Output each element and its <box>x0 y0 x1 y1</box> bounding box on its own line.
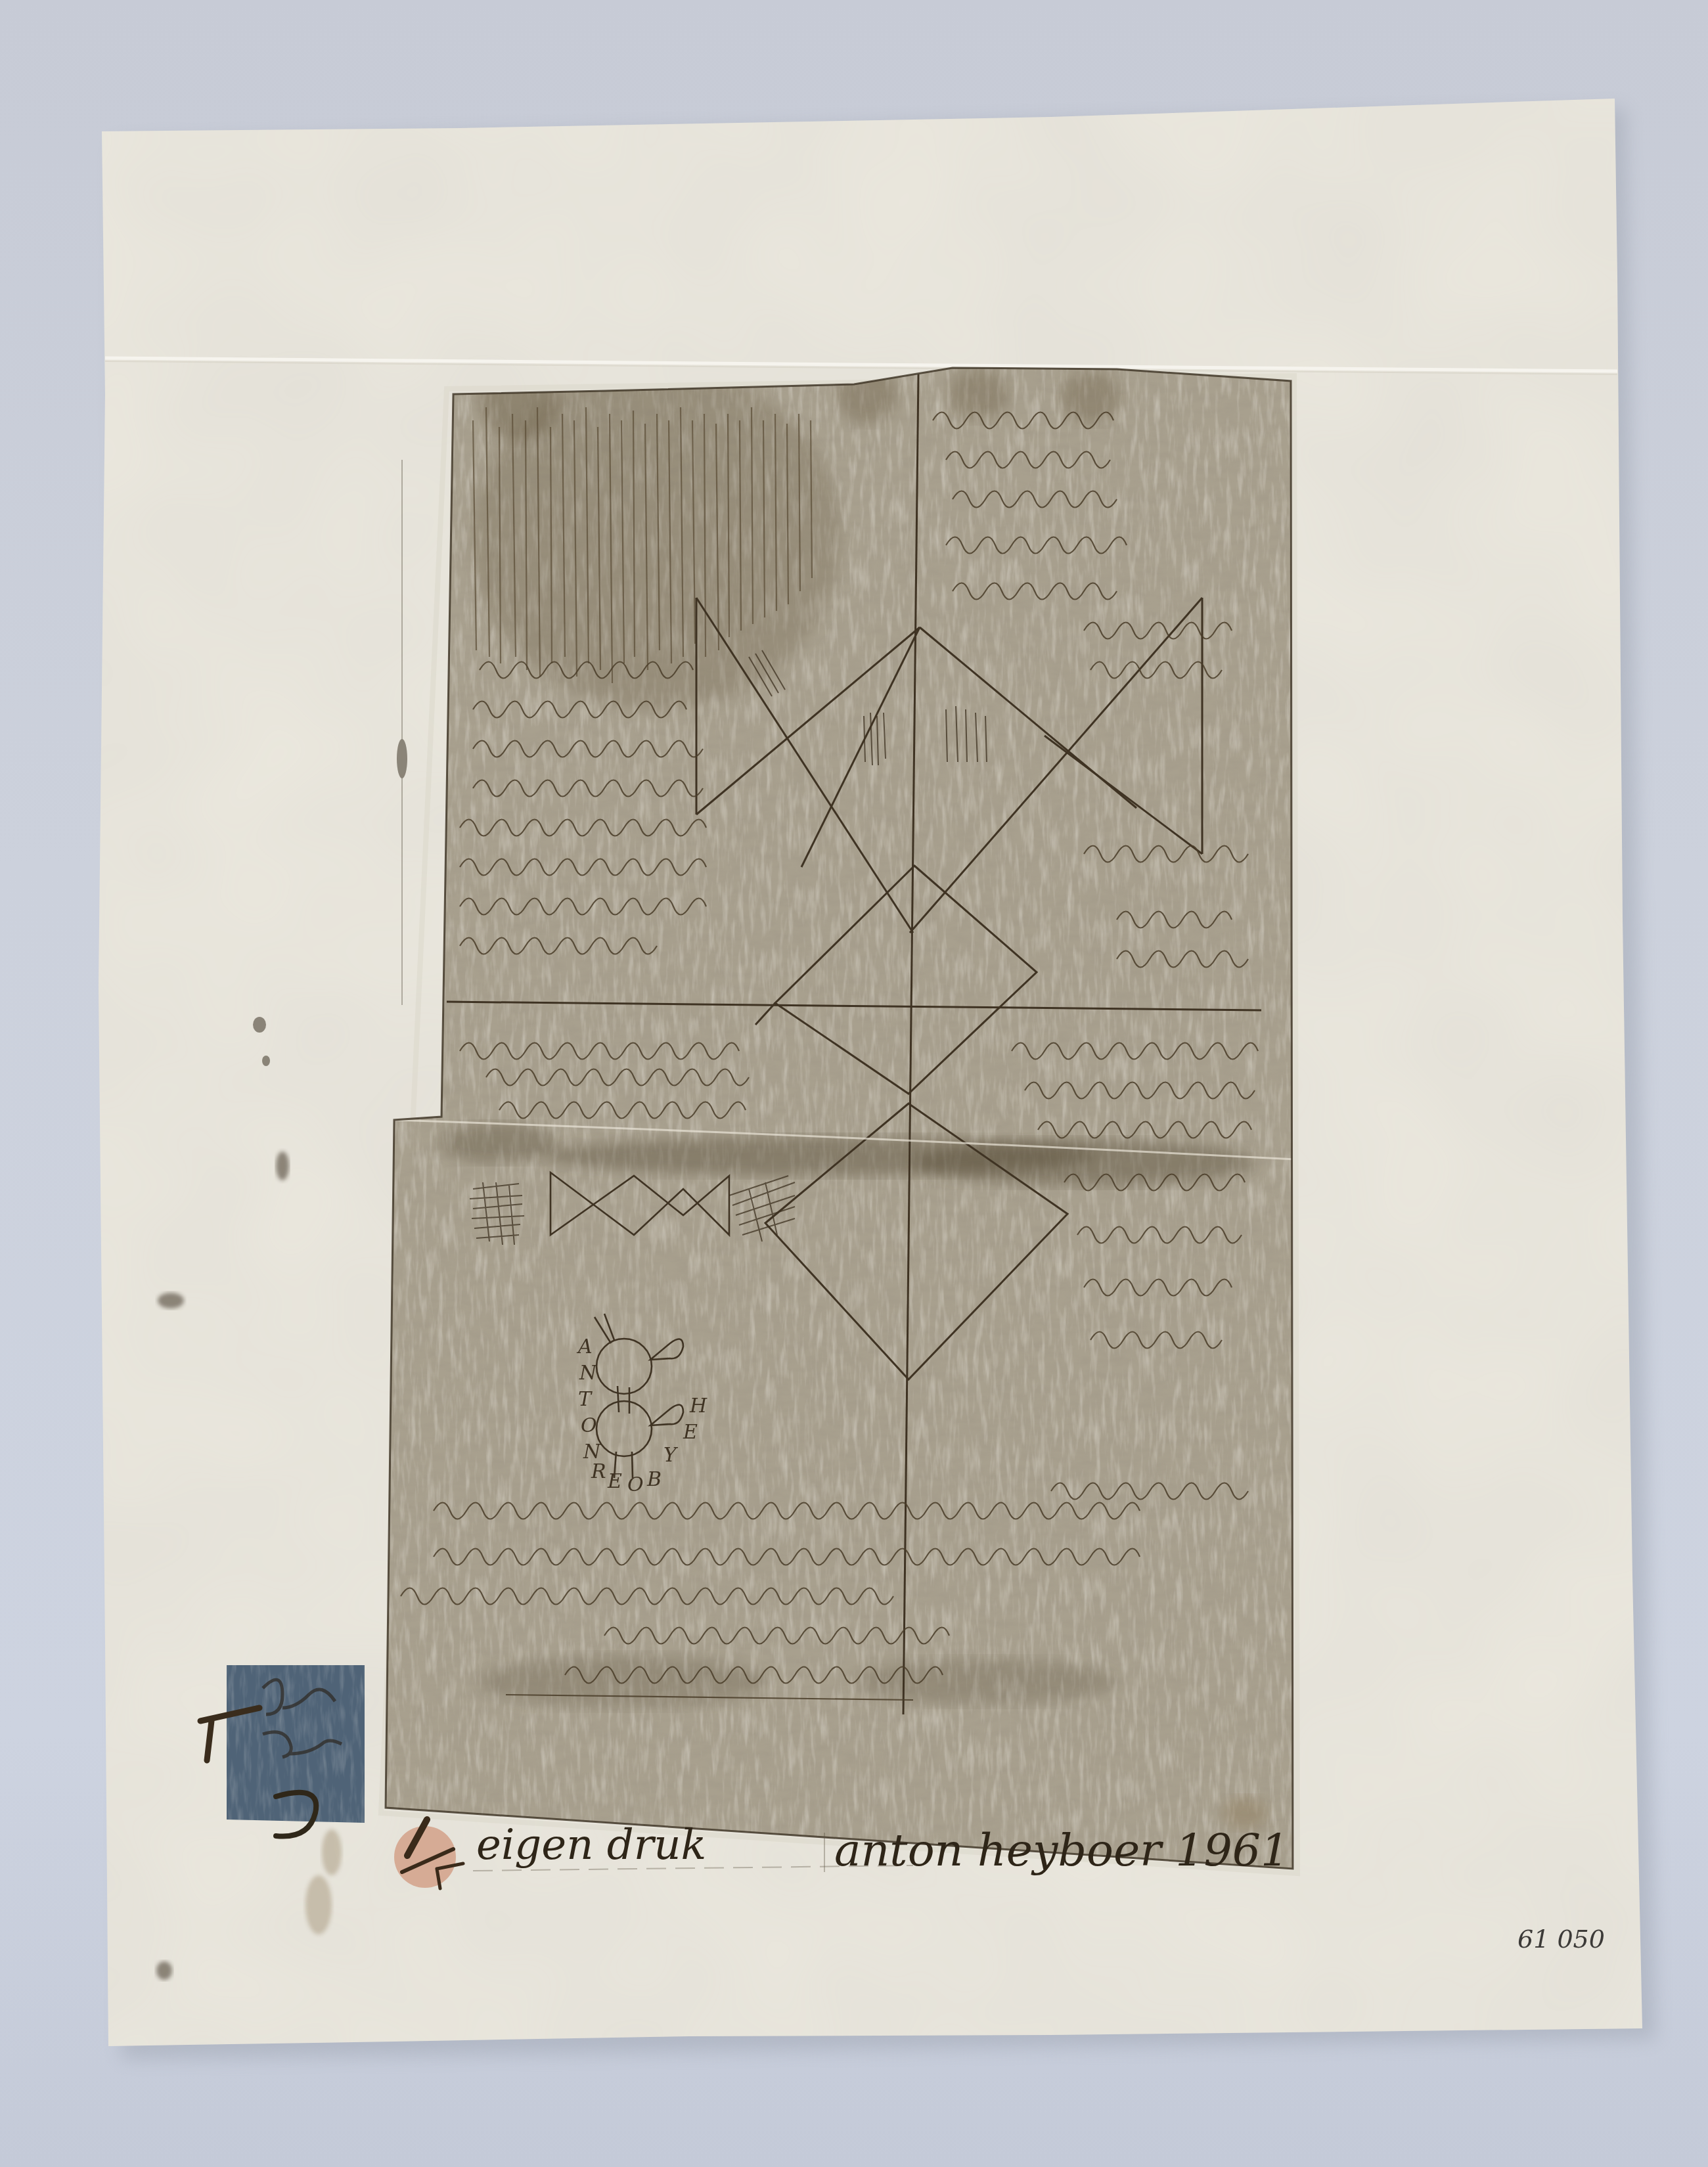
svg-text:T: T <box>578 1388 593 1411</box>
svg-text:H: H <box>689 1395 708 1418</box>
svg-text:O: O <box>627 1473 644 1496</box>
inscriptions: eigen druk anton heyboer 1961 <box>476 1821 1289 1877</box>
inscription-eigen-druk: eigen druk <box>476 1821 706 1869</box>
svg-text:A: A <box>576 1335 593 1358</box>
svg-text:R: R <box>591 1460 606 1483</box>
etching-print: A N T O N H E Y B O E R <box>381 361 1301 1879</box>
svg-text:O: O <box>581 1414 597 1437</box>
artwork-photo: A N T O N H E Y B O E R <box>0 0 1708 2167</box>
svg-text:Y: Y <box>663 1444 679 1467</box>
svg-text:E: E <box>683 1421 698 1444</box>
svg-text:E: E <box>607 1470 622 1493</box>
signature: anton heyboer 1961 <box>834 1825 1289 1877</box>
svg-text:N: N <box>579 1362 598 1385</box>
pencil-inventory-note: 61 050 <box>1517 1925 1605 1954</box>
svg-text:B: B <box>646 1468 662 1491</box>
